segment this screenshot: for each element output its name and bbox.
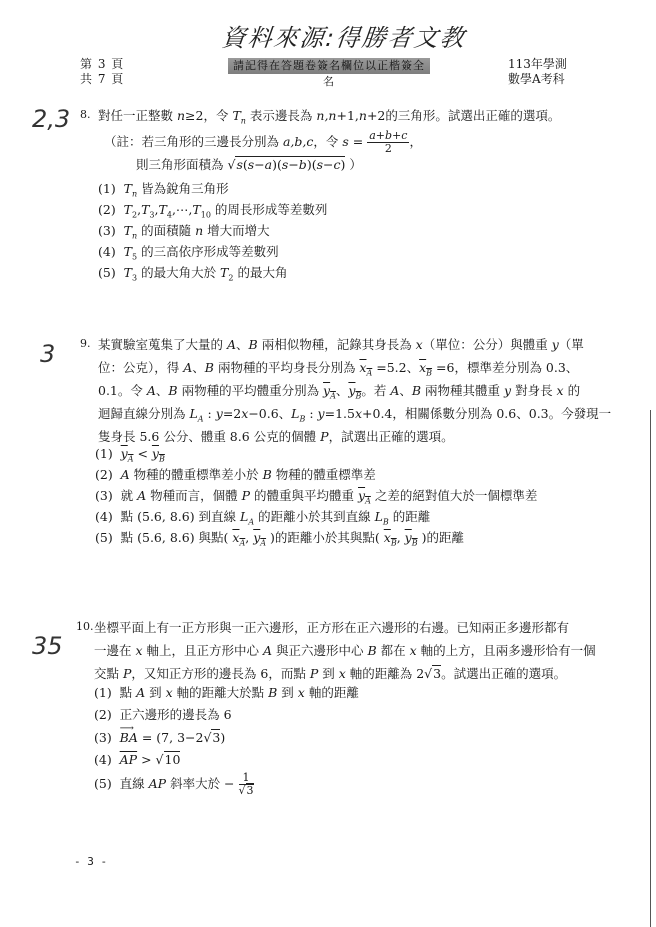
option-1: (1) 點 A 到 x 軸的距離大於點 B 到 x 軸的距離 (94, 685, 359, 701)
option-5: (5) T3 的最大角大於 T2 的最大角 (98, 265, 287, 287)
option-1: (1) yA < yB (95, 446, 165, 468)
subject-label: 數學A考科 (508, 72, 565, 87)
handwritten-answer: 3 (40, 340, 55, 368)
option-5: (5) 直線 AP 斜率大於 − 1√3 (94, 772, 254, 797)
question-stem-line: 迴歸直線分別為 LA : y=2x−0.6、LB : y=1.5x+0.4，相關… (98, 406, 611, 428)
question-number: 10. (76, 620, 94, 633)
question-stem-line: 某實驗室蒐集了大量的 A、B 兩相似物種，記錄其身長為 x（單位：公分）與體重 … (98, 337, 584, 353)
question-stem-line: 坐標平面上有一正方形與一正六邊形，正方形在正六邊形的右邊。已知兩正多邊形都有 (94, 620, 569, 636)
option-5: (5) 點 (5.6, 8.6) 與點( xA, yA )的距離小於其與點( x… (95, 530, 464, 552)
option-3: (3) Tn 的面積隨 n 增大而增大 (98, 223, 270, 245)
page-label: 第 3 頁 (80, 57, 124, 72)
question-stem-line: 0.1。令 A、B 兩物種的平均體重分別為 yA、yB。若 A、B 兩物種其體重… (98, 383, 580, 405)
option-3: (3) 就 A 物種而言，個體 P 的體重與平均體重 yA 之差的絕對值大於一個… (95, 488, 537, 510)
handwritten-answer: 2,3 (32, 105, 70, 133)
question-note-line: （註：若三角形的三邊長分別為 a,b,c，令 s = a+b+c2， (104, 130, 422, 155)
option-1: (1) Tn 皆為銳角三角形 (98, 181, 229, 203)
source-stamp: 資料來源:得勝者文教 (220, 18, 468, 53)
scan-edge-line (650, 410, 651, 927)
signature-reminder-banner: 請記得在答題卷簽名欄位以正楷簽全名 (228, 58, 430, 74)
page-number-footer: - 3 - (74, 855, 107, 868)
option-4: (4) T5 的三高依序形成等差數列 (98, 244, 279, 266)
exam-year: 113年學測 (508, 57, 567, 72)
option-2: (2) 正六邊形的邊長為 6 (94, 707, 232, 723)
option-3: (3) ⟶BA = (7, 3−2√3) (94, 730, 225, 746)
question-number: 9. (80, 337, 91, 350)
option-4: (4) AP > √10 (94, 752, 180, 768)
question-stem-line: 一邊在 x 軸上，且正方形中心 A 與正六邊形中心 B 都在 x 軸的上方，且兩… (94, 643, 596, 659)
option-4: (4) 點 (5.6, 8.6) 到直線 LA 的距離小於其到直線 LB 的距離 (95, 509, 430, 531)
question-stem-line: 位：公克），得 A、B 兩物種的平均身長分別為 xA =5.2、xB =6，標準… (98, 360, 578, 382)
handwritten-answer: 35 (32, 632, 63, 660)
total-pages-label: 共 7 頁 (80, 72, 124, 87)
question-number: 8. (80, 108, 91, 121)
option-2: (2) T2,T3,T4,⋯,T10 的周長形成等差數列 (98, 202, 327, 224)
question-note-line: 則三角形面積為 √s(s−a)(s−b)(s−c) ） (136, 157, 362, 173)
option-2: (2) A 物種的體重標準差小於 B 物種的體重標準差 (95, 467, 376, 483)
question-stem-line: 隻身長 5.6 公分、體重 8.6 公克的個體 P，試選出正確的選項。 (98, 429, 454, 445)
question-stem-line: 交點 P，又知正方形的邊長為 6，而點 P 到 x 軸的距離為 2√3。試選出正… (94, 666, 566, 682)
question-stem-line: 對任一正整數 n≥2，令 Tn 表示邊長為 n,n+1,n+2的三角形。試選出正… (98, 108, 560, 130)
